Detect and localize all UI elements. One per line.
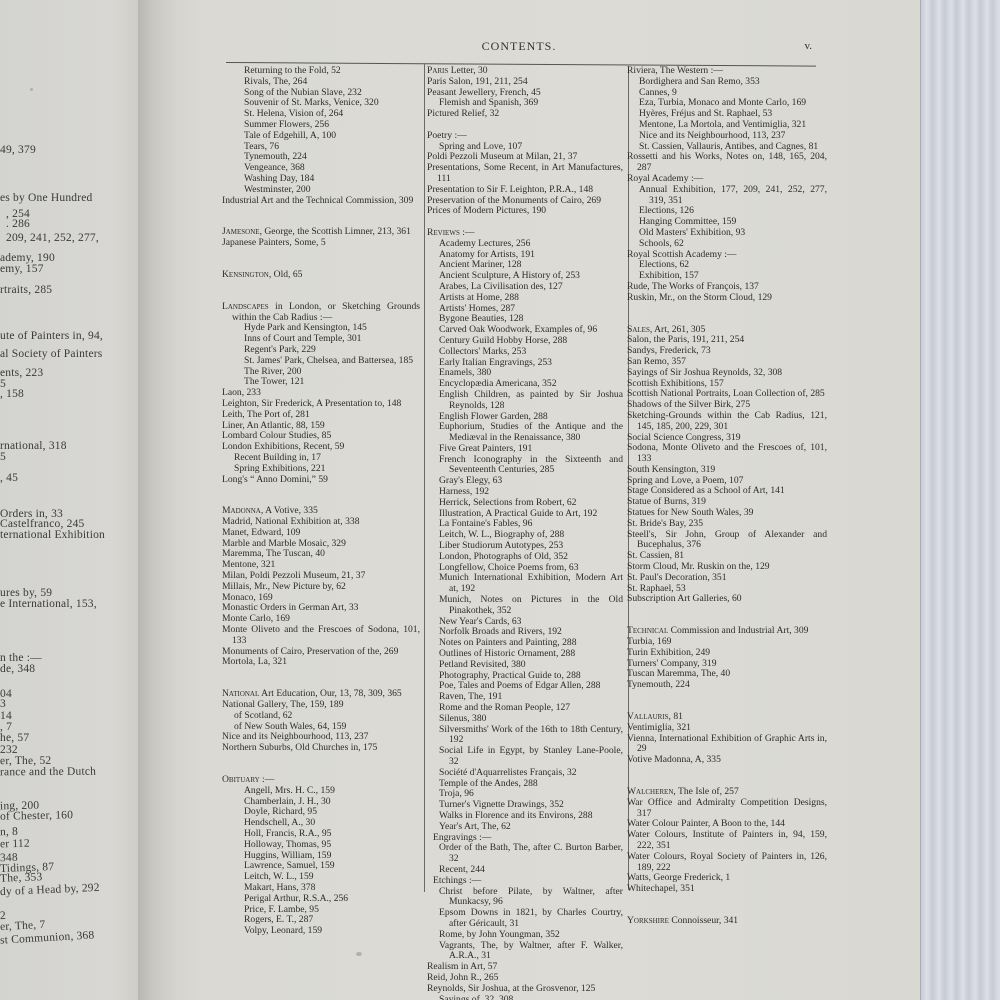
entry-text: Marble and Marble Mosaic, 329 <box>222 538 346 549</box>
entry-text: Holloway, Thomas, 95 <box>244 839 331 850</box>
entry-text: Monaco, 169 <box>222 592 273 603</box>
entry-text: Reynolds, Sir Joshua, at the Grosvenor, … <box>427 983 595 994</box>
entry-text: Five Great Painters, 191 <box>439 443 532 454</box>
entry-spacer <box>222 249 420 270</box>
index-entry: Monte Oliveto and the Frescoes of Sodona… <box>222 625 420 647</box>
index-entry: Votive Madonna, A, 335 <box>627 755 827 766</box>
left-page-text-fragment: er, The, 7 <box>0 919 46 933</box>
index-entry: Long's “ Anno Domini,” 59 <box>222 475 420 486</box>
entry-text: Tuscan Maremma, The, 40 <box>627 668 730 679</box>
entry-text: Artists' Homes, 287 <box>439 303 515 314</box>
entry-text: London, Photographs of Old, 352 <box>439 551 568 562</box>
entry-text: Preservation of the Monuments of Cairo, … <box>427 195 601 206</box>
entry-text: Long's “ Anno Domini,” 59 <box>222 474 328 485</box>
entry-lead-word: Reviews <box>427 227 460 238</box>
entry-spacer <box>627 605 827 626</box>
entry-text: Tynemouth, 224 <box>244 151 307 162</box>
entry-text: Souvenir of St. Marks, Venice, 320 <box>244 97 379 108</box>
left-page-text-fragment: es by One Hundred <box>0 192 93 204</box>
entry-text: Vienna, International Exhibition of Grap… <box>627 733 827 755</box>
entry-text: Poldi Pezzoli Museum at Milan, 21, 37 <box>427 151 577 162</box>
index-entry: Presentations, Some Recent, in Art Manuf… <box>427 163 623 185</box>
entry-text: Doyle, Richard, 95 <box>244 806 317 817</box>
entry-text: Rome, by John Youngman, 352 <box>439 929 560 940</box>
entry-text: Petland Revisited, 380 <box>439 659 526 670</box>
index-entry: Christ before Pilate, by Waltner, after … <box>427 887 623 909</box>
entry-text: Commission and Industrial Art, 309 <box>668 625 808 636</box>
entry-text: Westminster, 200 <box>244 184 311 195</box>
left-page-text-fragment: n, 8 <box>0 826 18 838</box>
entry-spacer <box>222 668 420 689</box>
index-column-3: Riviera, The Western :—Bordighera and Sa… <box>627 66 827 927</box>
entry-text: Bygone Beauties, 128 <box>439 313 523 324</box>
entry-text: Song of the Nubian Slave, 232 <box>244 87 362 98</box>
entry-text: Peasant Jewellery, French, 45 <box>427 87 541 98</box>
entry-text: :— <box>460 227 475 238</box>
entry-text: Temple of the Andes, 288 <box>439 778 538 789</box>
entry-lead-word: Yorkshire <box>627 915 669 926</box>
index-entry: Steell's, Sir John, Group of Alexander a… <box>627 530 827 552</box>
index-entry: Landscapes in London, or Sketching Groun… <box>222 302 420 324</box>
entry-text: Washing Day, 184 <box>244 173 314 184</box>
entry-text: St. Paul's Decoration, 351 <box>627 572 727 583</box>
entry-text: Water Colours, Royal Society of Painters… <box>627 851 827 873</box>
entry-text: Storm Cloud, Mr. Ruskin on the, 129 <box>627 561 770 572</box>
entry-text: Monte Oliveto and the Frescoes of Sodona… <box>222 624 420 646</box>
entry-lead-word: National <box>222 688 259 699</box>
entry-text: Spring and Love, a Poem, 107 <box>627 475 743 486</box>
entry-text: Whitechapel, 351 <box>627 883 695 894</box>
index-entry: Annual Exhibition, 177, 209, 241, 252, 2… <box>627 185 827 207</box>
entry-text: Outlines of Historic Ornament, 288 <box>439 648 575 659</box>
entry-text: Northern Suburbs, Old Churches in, 175 <box>222 742 377 753</box>
entry-text: Raven, The, 191 <box>439 691 502 702</box>
entry-text: St. Raphael, 53 <box>627 583 686 594</box>
entry-text: Reid, John R., 265 <box>427 972 498 983</box>
entry-text: Riviera, The Western :— <box>627 65 723 76</box>
paper-blemish <box>356 952 362 956</box>
entry-text: St. James' Park, Chelsea, and Battersea,… <box>244 355 413 366</box>
entry-text: English Flower Garden, 288 <box>439 411 548 422</box>
entry-text: Scottish Exhibitions, 157 <box>627 378 724 389</box>
entry-text: French Iconography in the Sixteenth and … <box>439 454 623 476</box>
entry-text: San Remo, 357 <box>627 356 686 367</box>
entry-text: Sayings of, 32, 308 <box>439 994 513 1000</box>
entry-text: Enamels, 380 <box>439 367 491 378</box>
entry-text: Shadows of the Silver Birk, 275 <box>627 399 750 410</box>
entry-text: Hyde Park and Kensington, 145 <box>244 322 367 333</box>
entry-text: Watts, George Frederick, 1 <box>627 872 730 883</box>
entry-text: Etchings :— <box>433 875 481 886</box>
entry-text: Academy Lectures, 256 <box>439 238 530 249</box>
entry-spacer <box>627 766 827 787</box>
index-entry: Subscription Art Galleries, 60 <box>627 594 827 605</box>
entry-text: Liber Studiorum Autotypes, 253 <box>439 540 563 551</box>
entry-lead-word: Sales <box>627 324 650 335</box>
entry-text: Royal Academy :— <box>627 173 703 184</box>
entry-text: Steell's, Sir John, Group of Alexander a… <box>627 529 827 551</box>
entry-text: Nice and its Neighbourhood, 113, 237 <box>222 731 368 742</box>
entry-spacer <box>627 691 827 712</box>
entry-spacer <box>627 895 827 916</box>
entry-text: Christ before Pilate, by Waltner, after … <box>439 886 623 908</box>
entry-text: Stage Considered as a School of Art, 141 <box>627 485 785 496</box>
index-entry: Sayings of, 32, 308 <box>427 995 623 1000</box>
entry-text: Eza, Turbia, Monaco and Monte Carlo, 169 <box>639 97 806 108</box>
left-page-text-fragment: 49, 379 <box>0 144 36 156</box>
entry-lead-word: Landscapes <box>222 301 269 312</box>
index-entry: Tynemouth, 224 <box>627 680 827 691</box>
entry-text: Monuments of Cairo, Preservation of the,… <box>222 646 398 657</box>
entry-text: Angell, Mrs. H. C., 159 <box>244 785 335 796</box>
entry-text: Presentations, Some Recent, in Art Manuf… <box>427 162 623 184</box>
entry-text: of New South Wales, 64, 159 <box>234 721 346 732</box>
index-entry: Epsom Downs in 1821, by Charles Courtry,… <box>427 908 623 930</box>
page-number: v. <box>804 40 812 52</box>
entry-text: Exhibition, 157 <box>639 270 699 281</box>
entry-text: Rude, The Works of François, 137 <box>627 281 759 292</box>
entry-text: Votive Madonna, A, 335 <box>627 754 721 765</box>
entry-text: St. Bride's Bay, 235 <box>627 518 703 529</box>
entry-text: Presentation to Sir F. Leighton, P.R.A.,… <box>427 184 593 195</box>
index-entry: Euphorium, Studies of the Antique and th… <box>427 422 623 444</box>
index-entry: Rossetti and his Works, Notes on, 148, 1… <box>627 152 827 174</box>
entry-text: Sayings of Sir Joshua Reynolds, 32, 308 <box>627 367 782 378</box>
entry-text: Rogers, E. T., 287 <box>244 914 313 925</box>
entry-text: The Tower, 121 <box>244 376 304 387</box>
page-title: CONTENTS. <box>226 39 812 54</box>
entry-text: Statues for New South Wales, 39 <box>627 507 753 518</box>
entry-text: Paris Salon, 191, 211, 254 <box>427 76 528 87</box>
entry-text: Scottish National Portraits, Loan Collec… <box>627 388 825 399</box>
entry-text: National Gallery, The, 159, 189 <box>222 699 344 710</box>
entry-text: , Art, 261, 305 <box>650 324 705 335</box>
left-page-text-fragment: de, 348 <box>0 663 35 675</box>
entry-text: Leith, The Port of, 281 <box>222 409 310 420</box>
entry-text: Tears, 76 <box>244 141 279 152</box>
entry-text: Perigal Arthur, R.S.A., 256 <box>244 893 348 904</box>
entry-text: Subscription Art Galleries, 60 <box>627 593 742 604</box>
entry-text: Rossetti and his Works, Notes on, 148, 1… <box>627 151 827 173</box>
entry-text: St. Helena, Vision of, 264 <box>244 108 343 119</box>
entry-spacer <box>627 304 827 325</box>
background-surface <box>920 0 1000 1000</box>
entry-text: Regent's Park, 229 <box>244 344 316 355</box>
entry-text: Century Guild Hobby Horse, 288 <box>439 335 567 346</box>
entry-text: Year's Art, The, 62 <box>439 821 511 832</box>
index-entry: Social Life in Egypt, by Stanley Lane-Po… <box>427 746 623 768</box>
entry-text: Ventimiglia, 321 <box>627 722 691 733</box>
entry-text: Connoisseur, 341 <box>669 915 738 926</box>
entry-text: Hendschell, A., 30 <box>244 817 315 828</box>
entry-text: Laon, 233 <box>222 387 261 398</box>
index-entry: Kensington, Old, 65 <box>222 270 420 281</box>
index-column-2: Paris Letter, 30Paris Salon, 191, 211, 2… <box>427 66 623 1000</box>
entry-text: Early Italian Engravings, 253 <box>439 357 552 368</box>
entry-text: Sketching-Grounds within the Cab Radius,… <box>627 410 827 432</box>
entry-lead-word: Technical <box>627 625 668 636</box>
index-entry: Water Colours, Royal Society of Painters… <box>627 852 827 874</box>
entry-text: Bordighera and San Remo, 353 <box>639 76 760 87</box>
entry-text: Artists at Home, 288 <box>439 292 519 303</box>
entry-text: Ancient Mariner, 128 <box>439 259 521 270</box>
left-page-text-fragment: emy, 157 <box>0 263 44 275</box>
entry-text: English Children, as painted by Sir Josh… <box>439 389 623 411</box>
entry-text: Harness, 192 <box>439 486 489 497</box>
entry-text: La Fontaine's Fables, 96 <box>439 518 532 529</box>
left-facing-page: 49, 379es by One Hundred, 254. 286209, 2… <box>0 0 140 1000</box>
entry-text: War Office and Admiralty Competition Des… <box>627 797 827 819</box>
entry-text: , George, the Scottish Limner, 213, 361 <box>260 226 411 237</box>
entry-text: Monte Carlo, 169 <box>222 613 290 624</box>
entry-text: New Year's Cards, 63 <box>439 616 521 627</box>
entry-text: Social Life in Egypt, by Stanley Lane-Po… <box>439 745 623 767</box>
left-page-text-fragment: , 158 <box>0 388 24 400</box>
index-entry: War Office and Admiralty Competition Des… <box>627 798 827 820</box>
entry-text: Water Colours, Institute of Painters in,… <box>627 829 827 851</box>
entry-text: Troja, 96 <box>439 788 474 799</box>
left-page-text-fragment: of Chester, 160 <box>0 809 73 823</box>
entry-text: Poetry :— <box>427 130 467 141</box>
entry-text: Turbia, 169 <box>627 636 671 647</box>
entry-text: Monastic Orders in German Art, 33 <box>222 602 358 613</box>
entry-spacer <box>222 754 420 775</box>
entry-text: Leitch, W. L., Biography of, 288 <box>439 529 564 540</box>
entry-text: St. Cassien, 81 <box>627 550 684 561</box>
entry-text: , The Isle of, 257 <box>673 786 738 797</box>
left-page-text-fragment: ents, 223 <box>0 367 43 379</box>
entry-text: Encyclopædia Americana, 352 <box>439 378 557 389</box>
entry-lead-word: Vallauris <box>627 711 669 722</box>
page-header: CONTENTS. v. <box>226 34 812 64</box>
entry-text: Huggins, William, 159 <box>244 850 331 861</box>
entry-text: Engravings :— <box>433 832 491 843</box>
left-page-text-fragment: 209, 241, 252, 277, <box>6 232 99 244</box>
left-page-text-fragment: dy of a Head by, 292 <box>0 882 100 898</box>
index-entry: Order of the Bath, The, after C. Burton … <box>427 843 623 865</box>
entry-lead-word: Walcheren <box>627 786 673 797</box>
entry-text: Summer Flowers, 256 <box>244 119 329 130</box>
entry-text: Rome and the Roman People, 127 <box>439 702 570 713</box>
entry-text: Holl, Francis, R.A., 95 <box>244 828 331 839</box>
index-entry: Vagrants, The, by Waltner, after F. Walk… <box>427 941 623 963</box>
entry-text: Tale of Edgehill, A, 100 <box>244 130 336 141</box>
entry-text: Lombard Colour Studies, 85 <box>222 430 331 441</box>
entry-text: Anatomy for Artists, 191 <box>439 249 535 260</box>
entry-text: Ruskin, Mr., on the Storm Cloud, 129 <box>627 292 772 303</box>
entry-text: Social Science Congress, 319 <box>627 432 741 443</box>
index-entry: Water Colours, Institute of Painters in,… <box>627 830 827 852</box>
index-entry: Whitechapel, 351 <box>627 884 827 895</box>
entry-text: Tynemouth, 224 <box>627 679 690 690</box>
index-entry: English Children, as painted by Sir Josh… <box>427 390 623 412</box>
entry-text: Elections, 126 <box>639 205 694 216</box>
left-page-text-fragment: , 45 <box>0 472 18 484</box>
index-entry: Munich, Notes on Pictures in the Old Pin… <box>427 595 623 617</box>
entry-text: Maremma, The Tuscan, 40 <box>222 548 325 559</box>
entry-text: Euphorium, Studies of the Antique and th… <box>439 421 623 443</box>
entry-text: Inns of Court and Temple, 301 <box>244 333 361 344</box>
left-page-text-fragment: er 112 <box>0 838 30 851</box>
entry-text: Chamberlain, J. H., 30 <box>244 796 331 807</box>
entry-text: :— <box>260 774 275 785</box>
entry-text: of Scotland, 62 <box>234 710 292 721</box>
entry-text: Turners' Company, 319 <box>627 658 717 669</box>
entry-text: London Exhibitions, Recent, 59 <box>222 441 344 452</box>
entry-text: , A Votive, 335 <box>261 505 318 516</box>
entry-text: Poe, Tales and Poems of Edgar Allen, 288 <box>439 680 600 691</box>
entry-text: Walks in Florence and its Environs, 288 <box>439 810 593 821</box>
entry-text: Annual Exhibition, 177, 209, 241, 252, 2… <box>639 184 827 206</box>
entry-text: Nice and its Neighbourhood, 113, 237 <box>639 130 785 141</box>
entry-text: Royal Scottish Academy :— <box>627 249 737 260</box>
entry-text: Statue of Burns, 319 <box>627 496 706 507</box>
entry-text: Recent, 244 <box>439 864 485 875</box>
entry-text: Makart, Hans, 378 <box>244 882 315 893</box>
entry-text: Returning to the Fold, 52 <box>244 65 341 76</box>
index-column-1: Returning to the Fold, 52Rivals, The, 26… <box>222 66 420 937</box>
entry-text: Epsom Downs in 1821, by Charles Courtry,… <box>439 907 623 929</box>
left-page-text-fragment: The, 353 <box>0 871 43 885</box>
entry-text: Industrial Art and the Technical Commiss… <box>222 195 413 206</box>
book-gutter-shadow <box>138 0 178 1000</box>
entry-text: Pictured Relief, 32 <box>427 108 499 119</box>
entry-text: Illustration, A Practical Guide to Art, … <box>439 508 597 519</box>
entry-text: Turin Exhibition, 249 <box>627 647 710 658</box>
entry-spacer <box>222 206 420 227</box>
entry-text: The River, 200 <box>244 366 301 377</box>
entry-text: Volpy, Leonard, 159 <box>244 925 322 936</box>
index-entry: Vienna, International Exhibition of Grap… <box>627 734 827 756</box>
entry-text: Recent Building in, 17 <box>234 452 321 463</box>
left-page-text-fragment: . 286 <box>6 218 30 230</box>
index-entry: Mortola, La, 321 <box>222 657 420 668</box>
entry-lead-word: Madonna <box>222 505 261 516</box>
entry-text: Société d'Aquarrelistes Français, 32 <box>439 767 577 778</box>
entry-text: Mortola, La, 321 <box>222 656 287 667</box>
index-entry: Prices of Modern Pictures, 190 <box>427 206 623 217</box>
entry-text: Hyères, Fréjus and St. Raphael, 53 <box>639 108 772 119</box>
entry-text: Munich, Notes on Pictures in the Old Pin… <box>439 594 623 616</box>
entry-text: , 81 <box>669 711 683 722</box>
entry-text: Liner, An Atlantic, 88, 159 <box>222 420 325 431</box>
entry-text: Leitch, W. L., 159 <box>244 871 314 882</box>
entry-text: Sodona, Monte Oliveto and the Frescoes o… <box>627 442 827 464</box>
entry-text: Water Colour Painter, A Boon to the, 144 <box>627 818 785 829</box>
index-entry: Pictured Relief, 32 <box>427 109 623 120</box>
index-entry: Yorkshire Connoisseur, 341 <box>627 916 827 927</box>
entry-text: Elections, 62 <box>639 259 689 270</box>
entry-text: Gray's Elegy, 63 <box>439 475 502 486</box>
entry-text: Notes on Painters and Painting, 288 <box>439 637 577 648</box>
entry-text: Lawrence, Samuel, 159 <box>244 860 335 871</box>
entry-text: Rivals, The, 264 <box>244 76 307 87</box>
left-page-text-fragment: rnational, 318 <box>0 440 67 452</box>
entry-text: Sandys, Frederick, 73 <box>627 345 711 356</box>
entry-text: Salon, the Paris, 191, 211, 254 <box>627 334 744 345</box>
entry-text: Schools, 62 <box>639 238 684 249</box>
entry-text: Silenus, 380 <box>439 713 486 724</box>
entry-text: Carved Oak Woodwork, Examples of, 96 <box>439 324 597 335</box>
left-page-text-fragment: e International, 153, <box>0 598 97 610</box>
entry-lead-word: Obituary <box>222 774 260 785</box>
entry-lead-word: Kensington <box>222 269 269 280</box>
entry-text: Milan, Poldi Pezzoli Museum, 21, 37 <box>222 570 365 581</box>
entry-text: Flemish and Spanish, 369 <box>439 97 538 108</box>
entry-text: Millais, Mr., New Picture by, 62 <box>222 581 346 592</box>
index-entry: Volpy, Leonard, 159 <box>222 926 420 937</box>
entry-text: Vagrants, The, by Waltner, after F. Walk… <box>439 940 623 962</box>
entry-text: South Kensington, 319 <box>627 464 715 475</box>
entry-text: Leighton, Sir Frederick, A Presentation … <box>222 398 401 409</box>
index-entry: Silversmiths' Work of the 16th to 18th C… <box>427 725 623 747</box>
paper-blemish <box>30 88 33 91</box>
entry-text: Turner's Vignette Drawings, 352 <box>439 799 564 810</box>
entry-text: Letter, 30 <box>448 65 487 76</box>
entry-text: Realism in Art, 57 <box>427 961 497 972</box>
index-entry: Munich International Exhibition, Modern … <box>427 573 623 595</box>
entry-text: Collectors' Marks, 253 <box>439 346 526 357</box>
index-entry: French Iconography in the Sixteenth and … <box>427 455 623 477</box>
entry-text: Norfolk Broads and Rivers, 192 <box>439 626 562 637</box>
left-page-text-fragment: rance and the Dutch <box>0 766 96 779</box>
entry-lead-word: Jamesone <box>222 226 260 237</box>
entry-text: Manet, Edward, 109 <box>222 527 300 538</box>
index-entry: Japanese Painters, Some, 5 <box>222 238 420 249</box>
index-entry: Industrial Art and the Technical Commiss… <box>222 196 420 207</box>
column-divider <box>424 64 425 892</box>
entry-text: Spring Exhibitions, 221 <box>234 463 325 474</box>
entry-text: St. Cassien, Vallauris, Antibes, and Cag… <box>639 141 818 152</box>
index-entry: Northern Suburbs, Old Churches in, 175 <box>222 743 420 754</box>
entry-spacer <box>222 485 420 506</box>
entry-text: Art Education, Our, 13, 78, 309, 365 <box>259 688 401 699</box>
entry-text: Vengeance, 368 <box>244 162 305 173</box>
entry-text: Mentone, La Mortola, and Ventimiglia, 32… <box>639 119 806 130</box>
left-page-text-fragment: ute of Painters in, 94, <box>0 330 103 342</box>
index-entry: Sketching-Grounds within the Cab Radius,… <box>627 411 827 433</box>
entry-text: Japanese Painters, Some, 5 <box>222 237 326 248</box>
entry-text: Herrick, Selections from Robert, 62 <box>439 497 576 508</box>
entry-text: Old Masters' Exhibition, 93 <box>639 227 745 238</box>
entry-text: Photography, Practical Guide to, 288 <box>439 670 581 681</box>
left-page-text-fragment: ternational Exhibition <box>0 529 105 541</box>
left-page-text-fragment: rtraits, 285 <box>0 284 52 296</box>
entry-lead-word: Paris <box>427 65 448 76</box>
entry-text: Munich International Exhibition, Modern … <box>439 572 623 594</box>
index-entry: Ruskin, Mr., on the Storm Cloud, 129 <box>627 293 827 304</box>
entry-text: Hanging Committee, 159 <box>639 216 736 227</box>
entry-text: Mentone, 321 <box>222 559 275 570</box>
index-entry: Sodona, Monte Oliveto and the Frescoes o… <box>627 443 827 465</box>
entry-text: Madrid, National Exhibition at, 338 <box>222 516 360 527</box>
left-page-text-fragment: al Society of Painters <box>0 348 102 360</box>
entry-text: Prices of Modern Pictures, 190 <box>427 205 546 216</box>
entry-text: Arabes, La Civilisation des, 127 <box>439 281 563 292</box>
entry-text: Silversmiths' Work of the 16th to 18th C… <box>439 724 623 746</box>
entry-text: Longfellow, Choice Poems from, 63 <box>439 562 579 573</box>
entry-text: Cannes, 9 <box>639 87 677 98</box>
entry-text: Spring and Love, 107 <box>439 141 522 152</box>
entry-text: Price, F. Lambe, 95 <box>244 904 319 915</box>
left-page-text-fragment: 5 <box>0 451 6 463</box>
left-page-text-fragment: he, 57 <box>0 732 29 744</box>
entry-text: Order of the Bath, The, after C. Burton … <box>439 842 623 864</box>
left-page-text-fragment: 3 <box>0 698 6 710</box>
entry-spacer <box>222 281 420 302</box>
entry-text: Ancient Sculpture, A History of, 253 <box>439 270 580 281</box>
entry-text: , Old, 65 <box>269 269 303 280</box>
